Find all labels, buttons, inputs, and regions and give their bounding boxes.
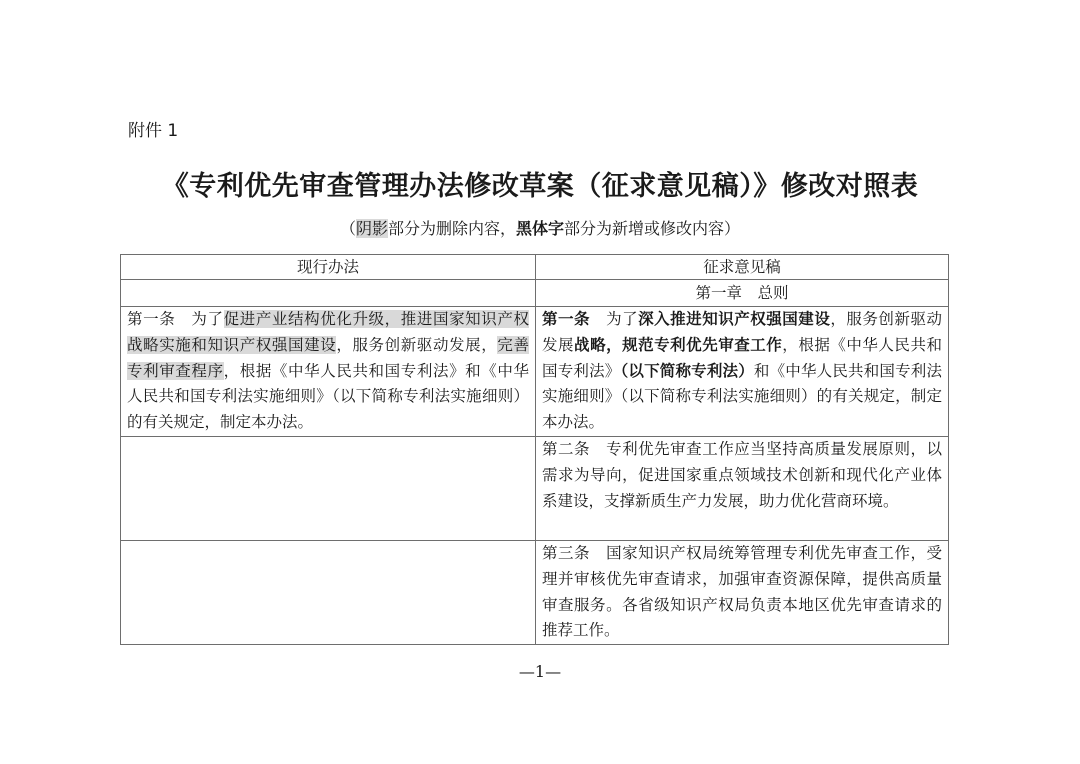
cell-right: 第三条 国家知识产权局统筹管理专利优先审查工作，受理并审核优先审查请求，加强审查… (536, 541, 949, 645)
legend-shaded-sample: 阴影 (356, 219, 388, 238)
clause-text: 第一条 为了 (127, 310, 224, 328)
clause-text: 第二条 专利优先审查工作应当坚持高质量发展原则，以需求为导向，促进国家重点领域技… (542, 440, 942, 510)
legend-text-2: 部分为新增或修改内容） (564, 219, 740, 238)
clause-text: 第三条 国家知识产权局统筹管理专利优先审查工作，受理并审核优先审查请求，加强审查… (542, 544, 942, 639)
table-row: 第三条 国家知识产权局统筹管理专利优先审查工作，受理并审核优先审查请求，加强审查… (121, 541, 949, 645)
added-text: 深入推进知识产权强国建设 (638, 310, 830, 328)
comparison-table: 现行办法 征求意见稿 第一章 总则 第一条 为了促进产业结构优化升级，推进国家知… (120, 254, 949, 645)
legend-open: （ (340, 219, 356, 238)
document-title: 《专利优先审查管理办法修改草案（征求意见稿）》修改对照表 (0, 164, 1080, 203)
page-number: —1— (0, 662, 1080, 681)
chapter-row: 第一章 总则 (121, 280, 949, 307)
cell-left (121, 437, 536, 541)
cell-left: 第一条 为了促进产业结构优化升级，推进国家知识产权战略实施和知识产权强国建设，服… (121, 307, 536, 437)
cell-left (121, 541, 536, 645)
table-row: 第二条 专利优先审查工作应当坚持高质量发展原则，以需求为导向，促进国家重点领域技… (121, 437, 949, 541)
added-text: 第一条 (542, 310, 590, 328)
cell-right: 第一条 为了深入推进知识产权强国建设，服务创新驱动发展战略，规范专利优先审查工作… (536, 307, 949, 437)
table-header-row: 现行办法 征求意见稿 (121, 255, 949, 280)
chapter-left (121, 280, 536, 307)
cell-right: 第二条 专利优先审查工作应当坚持高质量发展原则，以需求为导向，促进国家重点领域技… (536, 437, 949, 541)
added-text: 战略，规范专利优先审查工作 (574, 336, 782, 354)
header-current-rules: 现行办法 (121, 255, 536, 280)
chapter-right: 第一章 总则 (536, 280, 949, 307)
table-row: 第一条 为了促进产业结构优化升级，推进国家知识产权战略实施和知识产权强国建设，服… (121, 307, 949, 437)
clause-text: 为了 (590, 310, 638, 328)
legend-text-1: 部分为删除内容， (388, 219, 516, 238)
attachment-label: 附件 1 (128, 116, 178, 141)
clause-text: ，服务创新驱动发展， (336, 336, 497, 354)
header-draft: 征求意见稿 (536, 255, 949, 280)
legend-bold-sample: 黑体字 (516, 219, 564, 238)
added-text: （以下简称专利法） (620, 362, 753, 380)
legend-subtitle: （阴影部分为删除内容，黑体字部分为新增或修改内容） (0, 216, 1080, 239)
